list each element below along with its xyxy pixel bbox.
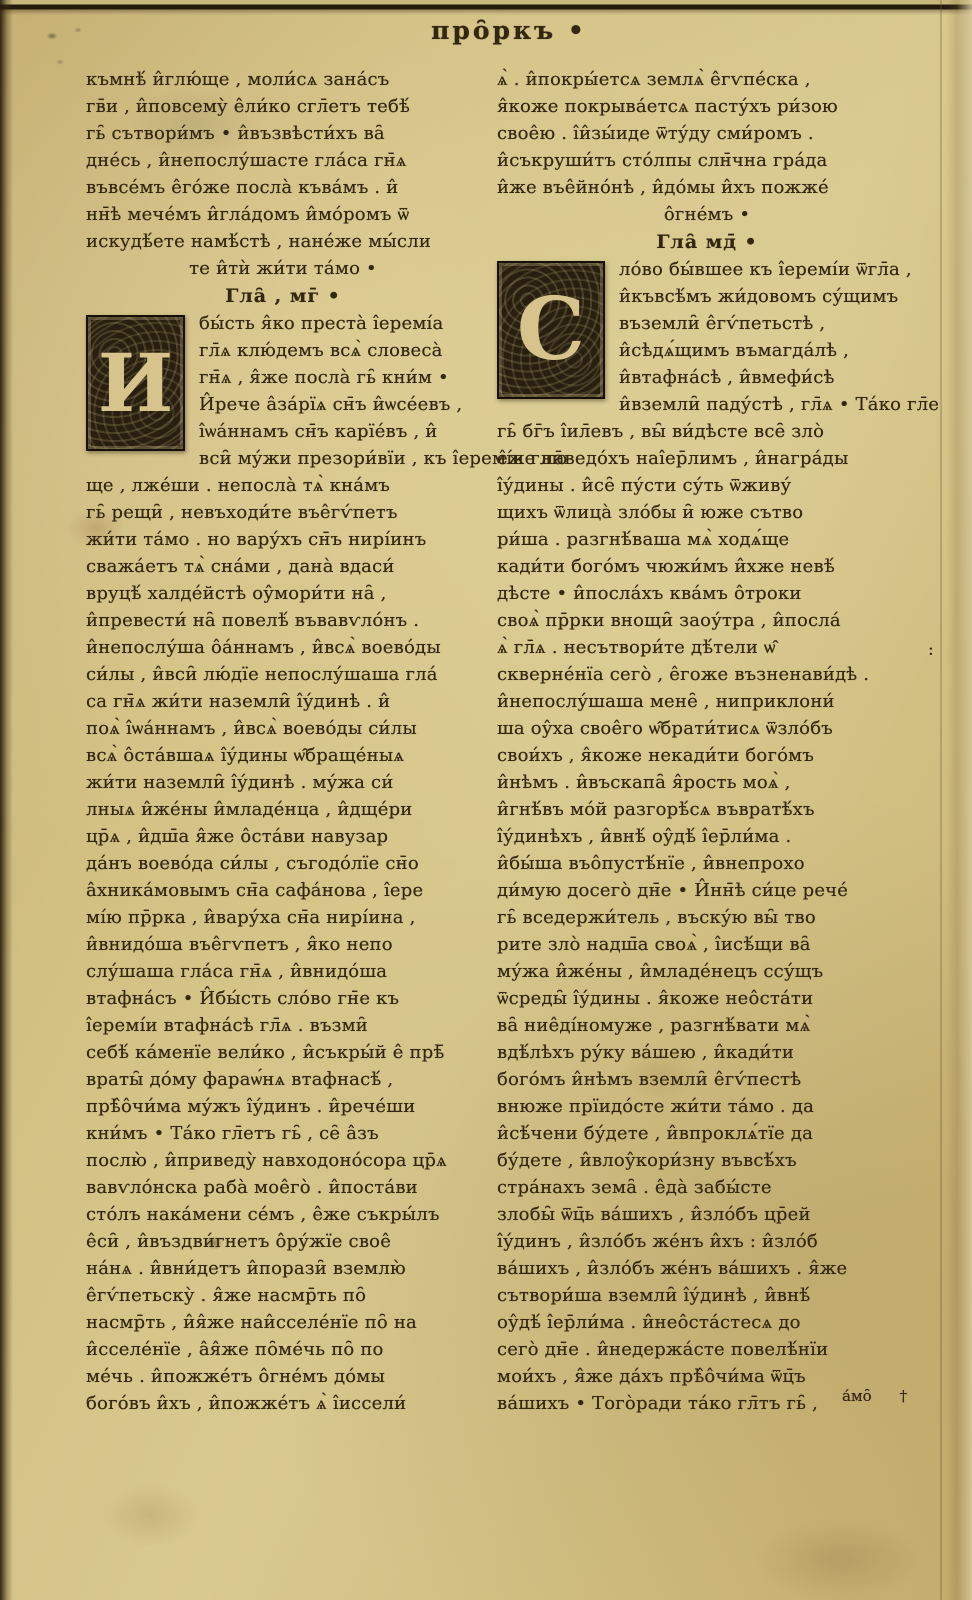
text-line: са гн̄ѧ жи́ти наземли̑ і̂у́динѣ . и̂ xyxy=(86,688,480,715)
text-line: враты̑ до́му фараѡ́нѧ втафнасѣ́ , xyxy=(86,1066,480,1093)
page-top-edge xyxy=(0,0,972,15)
text-line: нн̄ѣ мече́мъ и̂гла́домъ и̂мо́ромъ ѿ xyxy=(86,201,480,228)
text-line: и̂превести́ на̑ повелѣ́ въвавѵло́нъ . xyxy=(86,607,480,634)
text-line: мі́ю пр̄рка , и̂вару́ха сн̄а нирі́ина , xyxy=(86,904,480,931)
text-line: вдѣ́лѣхъ ру́ку ва́шею , и̂кади́ти xyxy=(497,1039,917,1066)
text-line: на́нѧ . и̂вни́детъ и̂порази̑ вземлю̀ xyxy=(86,1255,480,1282)
text-line: гь̑ рещи̑ , невъходи́те въе̂гѵ́петъ xyxy=(86,499,480,526)
text-line: ѧ̀ гл̄ѧ . несътвори́те дѣ́тели ѡ̂ xyxy=(497,634,917,661)
text-line: ша оу̂ха свое̂го ѡ̂брати́тисѧ ѿзло́бъ xyxy=(497,715,917,742)
text-line: и̂сѣ́чени бу́дете , и̂впроклѧ́тїе да xyxy=(497,1120,917,1147)
ornamental-initial-right: С xyxy=(497,261,605,399)
text-line: прѣ̂о̂чи́ма му́жъ і̂у́динъ . и̂рече́ши xyxy=(86,1093,480,1120)
marginal-dots: : xyxy=(928,640,936,660)
text-line: я̂коже покрыва́етсѧ пасту́хъ ри́зою xyxy=(497,93,917,120)
text-line: лныѧ и̂же́ны и̂младе́нца , и̂дще́ри xyxy=(86,796,480,823)
left-body: И бы́сть я̂ко преста̀ і̂еремі́агл̄ѧ клю́… xyxy=(86,310,480,1417)
text-line: гь̑ вседержи́тель , въску́ю вы̑ тво xyxy=(497,904,917,931)
text-line: и̂сселе́нїе , а̂я̂же по̑ме́чь по̑ по xyxy=(86,1336,480,1363)
text-line: дѣсте • и̂посла́хъ ква́мъ о̂троки xyxy=(497,580,917,607)
text-line: злобы̑ ѿц̄ь ва́шихъ , и̂зло́бъ цр̄ей xyxy=(497,1201,917,1228)
text-line: жи́ти наземли̑ і̂у́динѣ . му́жа си́ xyxy=(86,769,480,796)
text-line: и̂непослу́ша о̂а́ннамъ , и̂всѧ̀ воево́ды xyxy=(86,634,480,661)
text-line: му́жа и̂же́ны , и̂младе́нецъ ссу́щъ xyxy=(497,958,917,985)
text-line: и̂съкруши́тъ сто́лпы слн̄чна гра́да xyxy=(497,147,917,174)
text-line: і̂у́динѣхъ , и̂внѣ́ оу̂дѣ́ і̂ер̄ли́ма . xyxy=(497,823,917,850)
text-line: въвсе́мъ е̂го́же посла̀ къва́мъ . и̂ xyxy=(86,174,480,201)
text-line: цр̄ѧ , и̂дш̄а я̂же о̂ста́ви навузар xyxy=(86,823,480,850)
text-line: ѧ̀ . и̂покры́етсѧ землѧ̀ е̂гѵпе́ска , xyxy=(497,66,917,93)
text-line: скверне́нїа сего̀ , е̂гоже възненави́дѣ … xyxy=(497,661,917,688)
text-line: и̂нѣмъ . и̂въскапа̑ я̂рость моѧ̀ , xyxy=(497,769,917,796)
text-line: и̂внидо́ша въе̂гѵпетъ , я̂ко непо xyxy=(86,931,480,958)
ornamental-initial-left: И xyxy=(86,315,185,451)
text-line: своѧ̀ пр̄рки внощи̑ заоу́тра , и̂посла́ xyxy=(497,607,917,634)
text-line: рите зло̀ надш̄а своѧ̀ , і̂исѣ́щи ва̑ xyxy=(497,931,917,958)
chapter-heading-44: Гла̑ мд̄ • xyxy=(497,228,917,256)
text-line: си́лы , и̂вси̑ лю́дїе непослу́шаша гла́ xyxy=(86,661,480,688)
text-line: насмр̄ть , и̂я̂же наи̂сселе́нїе по̑ на xyxy=(86,1309,480,1336)
catchword-row: а́мо̑ † xyxy=(842,1387,907,1405)
text-line: вруцѣ́ халде́йстѣ оу̂мори́ти на̑ , xyxy=(86,580,480,607)
text-line: сто́лъ нака́мени се́мъ , е̂же съкры́лъ xyxy=(86,1201,480,1228)
text-line: кади́ти бого́мъ чюжи́мъ и̂хже невѣ́ xyxy=(497,553,917,580)
catchword: а́мо̑ xyxy=(842,1387,872,1405)
text-column-left: къмнѣ́ и̂глю́ще , моли́сѧ зана́съгв̄и , … xyxy=(86,66,480,1417)
text-column-right: ѧ̀ . и̂покры́етсѧ землѧ̀ е̂гѵпе́ска ,я̂к… xyxy=(497,66,917,1417)
text-line: и̂непослу́шаша мене̑ , ниприклони́ xyxy=(497,688,917,715)
text-line: ва̑ ние̂ді́номуже , разгнѣ́вати мѧ̀ xyxy=(497,1012,917,1039)
chapter-heading-43: Гла̑ , мг̄ • xyxy=(86,282,480,310)
text-line: бого́въ и̂хъ , и̂пожже́тъ ѧ̀ і̂иссели́ xyxy=(86,1390,480,1417)
page-crease xyxy=(940,0,942,1600)
running-title: про̑ркъ • xyxy=(0,16,972,45)
binding-edge xyxy=(0,0,13,1600)
text-line: і̂у́динъ , и̂зло́бъ же́нъ и̂хъ : и̂зло́б xyxy=(497,1228,917,1255)
manuscript-page: про̑ркъ • къмнѣ́ и̂глю́ще , моли́сѧ зана… xyxy=(0,0,972,1600)
text-line: і̂у́дины . и̂се̑ пу́сти су́ть ѿживу́ xyxy=(497,472,917,499)
text-line: свое̂ю . і̂и̂зы́иде ѿту́ду сми́ромъ . xyxy=(497,120,917,147)
text-line: гв̄и , и̂повсему̀ е̂ли́ко сгл̄етъ тебѣ́ xyxy=(86,93,480,120)
text-line: искудѣ́ете намѣ́стѣ , нане́же мы́сли xyxy=(86,228,480,255)
text-line: гь̑ бг̄ъ і̂ил̄евъ , вы̑ ви́дѣсте все̑ зл… xyxy=(497,418,917,445)
quire-mark: † xyxy=(900,1387,908,1405)
text-line: ме́чь . и̂пожже́тъ о̂гне́мъ до́мы xyxy=(86,1363,480,1390)
right-body: С ло́во бы́вшее къ і̂еремі́и ѿгл̄а ,и̂къ… xyxy=(497,256,917,1417)
text-line: е̂гѵ́петьску̀ . я̂же насмр̄ть по̑ xyxy=(86,1282,480,1309)
text-line: свои́хъ , я̂коже некади́ти бого́мъ xyxy=(497,742,917,769)
text-line: мои́хъ , я̂же да́хъ прѣ̂о̂чи́ма ѿц̄ъ xyxy=(497,1363,917,1390)
text-line: гь̑ сътвори́мъ • и̂възвѣсти́хъ ва̑ xyxy=(86,120,480,147)
text-line: сважа́етъ тѧ̀ сна́ми , дана̀ вдаси́ xyxy=(86,553,480,580)
text-line: кни́мъ • Та́ко гл̄етъ гь̑ , се̑ а̂зъ xyxy=(86,1120,480,1147)
text-line: да́нъ воево́да си́лы , съгодо́лїе сн̄о xyxy=(86,850,480,877)
text-line: е̂си̑ , и̂въздви́гнетъ о̂ру́жїе свое̂ xyxy=(86,1228,480,1255)
page-right-edge xyxy=(938,0,972,1600)
text-line: всѧ̀ о̂ста́вшаѧ і̂у́дины ѡ̂браще́ныѧ xyxy=(86,742,480,769)
text-line: втафна́съ • И̂бы́сть сло́во гн̄е къ xyxy=(86,985,480,1012)
text-line: ва́шихъ , и̂зло́бъ же́нъ ва́шихъ . я̂же xyxy=(497,1255,917,1282)
text-line: и̂же въе̂йно́нѣ , и̂до́мы и̂хъ пожже́ xyxy=(497,174,917,201)
right-intro-lines: ѧ̀ . и̂покры́етсѧ землѧ̀ е̂гѵпе́ска ,я̂к… xyxy=(497,66,917,201)
text-line: е̂же наведо́хъ наі̂ер̄лимъ , и̂награ́ды xyxy=(497,445,917,472)
text-line: ѿсреды̑ і̂у́дины . я̂коже нео̂ста́ти xyxy=(497,985,917,1012)
text-line: ри́ша . разгнѣ́ваша мѧ̀ ходѧ́ще xyxy=(497,526,917,553)
text-line: послю̀ , и̂приведу̀ навходоно́сора цр̄ѧ xyxy=(86,1147,480,1174)
text-line: и̂бы́ша въо̂пустѣ́нїе , и̂внепрохо xyxy=(497,850,917,877)
text-line: сего̀ дн̄е . и̂недержа́сте повелѣ́нїи xyxy=(497,1336,917,1363)
text-line: дне́сь , и̂непослу́шасте гла́са гн̄ѧ xyxy=(86,147,480,174)
text-line: ди́мую досего̀ дн̄е • И̂нн̄ѣ си́це рече́ xyxy=(497,877,917,904)
text-line: слу́шаша гла́са гн̄ѧ , и̂внидо́ша xyxy=(86,958,480,985)
text-line: оу̂дѣ́ і̂ер̄ли́ма . и̂нео̂ста́стесѧ до xyxy=(497,1309,917,1336)
text-line: бу́дете , и̂влоу̂кори́зну въвсѣ́хъ xyxy=(497,1147,917,1174)
text-line: вавѵло́нска раба̀ мое̂го̀ . и̂поста́ви xyxy=(86,1174,480,1201)
text-line: жи́ти та́мо . но вару́хъ сн̄ъ нирі́инъ xyxy=(86,526,480,553)
text-line: а̂хника́мовымъ сн̄а сафа́нова , і̂ере xyxy=(86,877,480,904)
text-line: поѧ̀ і̂ѡа́ннамъ , и̂всѧ̀ воево́ды си́лы xyxy=(86,715,480,742)
text-line: сътвори́ша вземли̑ і̂у́динѣ , и̂внѣ́ xyxy=(497,1282,917,1309)
text-line: і̂еремі́и втафна́сѣ гл̄ѧ . възми̑ xyxy=(86,1012,480,1039)
text-line: щихъ ѿлица̀ зло́бы и̑ юже сътво xyxy=(497,499,917,526)
text-line: себѣ́ ка́менїе вели́ко , и̂съкры́й е̂ пр… xyxy=(86,1039,480,1066)
text-line: внюже прїидо́сте жи́ти та́мо . да xyxy=(497,1093,917,1120)
text-line: къмнѣ́ и̂глю́ще , моли́сѧ зана́съ xyxy=(86,66,480,93)
text-line: ще , лже́ши . непосла̀ тѧ̀ кна́мъ xyxy=(86,472,480,499)
left-intro-lines: къмнѣ́ и̂глю́ще , моли́сѧ зана́съгв̄и , … xyxy=(86,66,480,255)
text-line: стра́нахъ зема̑ . е̂да̀ забы́сте xyxy=(497,1174,917,1201)
text-line: бого́мъ и̂нѣмъ вземли̑ е̂гѵ́пестѣ xyxy=(497,1066,917,1093)
text-line: и̂гнѣ́въ мо́й разгорѣ́сѧ въвратѣ́хъ xyxy=(497,796,917,823)
left-intro-tail: те и̂тѝ жи́ти та́мо • xyxy=(86,255,480,282)
right-intro-tail: о̂гне́мъ • xyxy=(497,201,917,228)
